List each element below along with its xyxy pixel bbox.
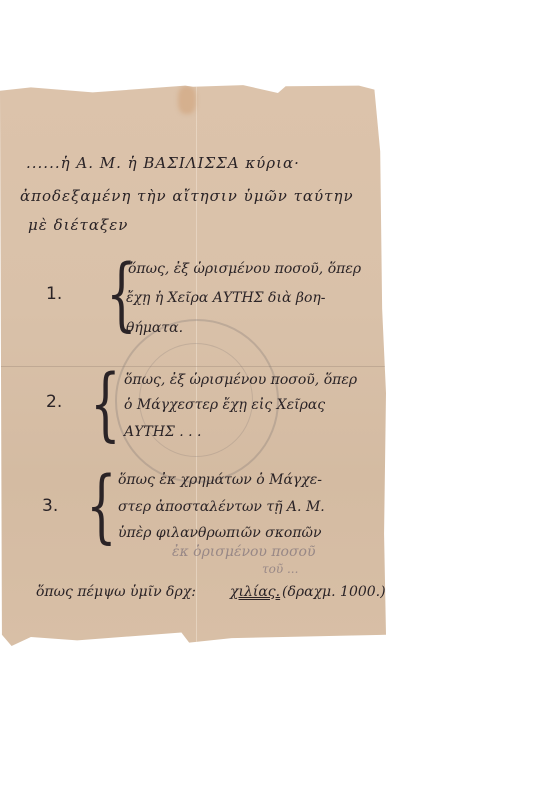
item-2-number: 2. <box>46 392 62 412</box>
item-2-line-2: ὁ Μάγχεστερ ἔχῃ εἰς Χεῖρας <box>124 397 325 413</box>
item-3-line-2: στερ ἀποσταλέντων τῇ Α. Μ. <box>118 499 325 515</box>
document-paper: ......ἡ Α. Μ. ἡ ΒΑΣΙΛΙΣΣΑ κύρια· ἀποδεξα… <box>0 84 386 646</box>
item-2-line-3: ΑΥΤΗΣ . . . <box>124 424 202 440</box>
intro-line-1: ......ἡ Α. Μ. ἡ ΒΑΣΙΛΙΣΣΑ κύρια· <box>26 154 300 172</box>
water-stain <box>178 86 196 114</box>
item-1-line-2: ἔχῃ ἡ Χεῖρα ΑΥΤΗΣ διὰ βοη- <box>126 290 326 306</box>
item-3-number: 3. <box>42 496 58 516</box>
closing-amount-words: χιλίας. <box>230 584 280 600</box>
pencil-note-line-1: ἐκ ὁρισμένου ποσοῦ <box>172 544 316 560</box>
item-1-line-1: ὅπως, ἐξ ὡρισμένου ποσοῦ, ὅπερ <box>128 261 361 277</box>
item-1-number: 1. <box>46 284 62 304</box>
item-2-line-1: ὅπως, ἐξ ὡρισμένου ποσοῦ, ὅπερ <box>124 372 357 388</box>
intro-line-2: ἀποδεξαμένη τὴν αἴτησιν ὑμῶν ταύτην <box>20 187 354 205</box>
brace-icon: { <box>86 459 117 552</box>
item-3-line-3: ὑπὲρ φιλανθρωπιῶν σκοπῶν <box>118 525 321 541</box>
pencil-note-line-2: τοῦ ... <box>262 562 298 576</box>
brace-icon: { <box>90 357 121 450</box>
item-1-line-3: θήματα. <box>126 320 183 336</box>
closing-text: ὅπως πέμψω ὑμῖν δρχ: <box>36 584 196 600</box>
closing-amount-figure: (δραχμ. 1000.) <box>282 584 386 600</box>
item-3-line-1: ὅπως ἐκ χρημάτων ὁ Μάγχε- <box>118 472 322 488</box>
intro-line-3: μὲ διέταξεν <box>28 216 128 234</box>
